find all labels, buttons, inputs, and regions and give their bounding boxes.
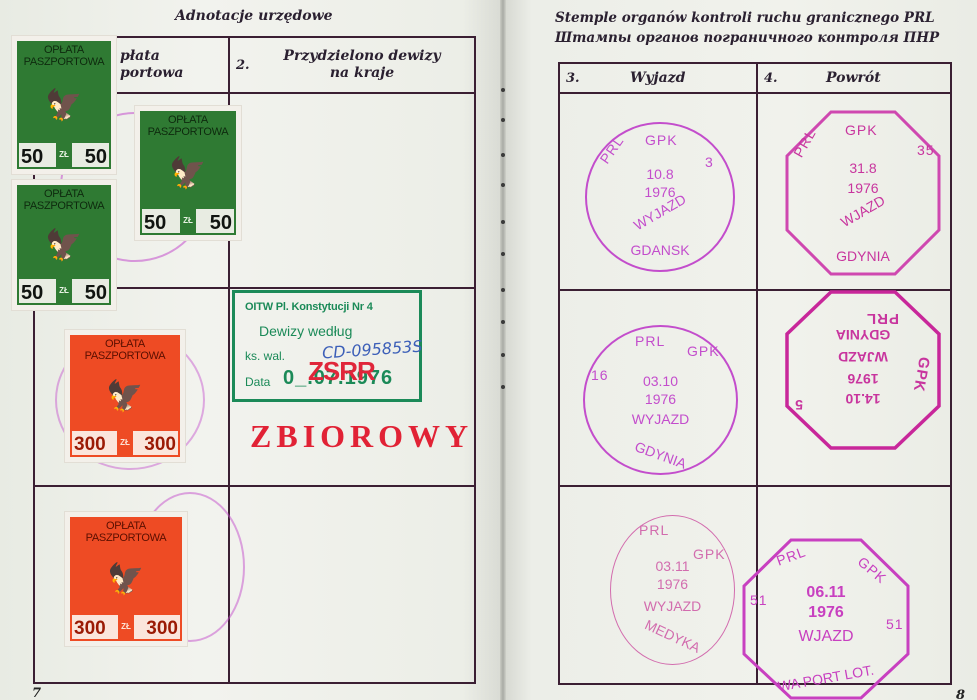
border-stamp-exit: PRL GPK 16 03.10 1976 WYJAZD GDYNIA bbox=[583, 325, 738, 475]
left-page-heading: Adnotacje urzędowe bbox=[175, 8, 333, 24]
stitch bbox=[501, 118, 505, 122]
fee-stamp-value: 50ZŁ50 bbox=[19, 279, 109, 303]
stamp-book-label: ks. wal. bbox=[245, 349, 285, 363]
stitch bbox=[501, 252, 505, 256]
eagle-icon: 🦅 bbox=[45, 230, 82, 262]
stitch bbox=[501, 353, 505, 357]
fee-stamp-50: OPŁATAPASZPORTOWA 🦅 50ZŁ50 bbox=[135, 106, 241, 240]
group-stamp: ZBIOROWY bbox=[250, 418, 473, 455]
column-4-label: Powrót bbox=[826, 70, 881, 87]
stamp-currency-line: Dewizy według bbox=[259, 323, 352, 339]
fee-stamp-value: 50ZŁ50 bbox=[142, 209, 234, 233]
fee-stamp-title: OPŁATAPASZPORTOWA bbox=[85, 338, 166, 362]
stitch bbox=[501, 88, 505, 92]
stitch bbox=[501, 288, 505, 292]
eagle-icon: 🦅 bbox=[45, 90, 82, 122]
book-spine bbox=[500, 0, 506, 700]
right-page-heading-pl: Stemple organów kontroli ruchu graniczne… bbox=[555, 10, 935, 26]
stitch bbox=[501, 220, 505, 224]
table-row-divider bbox=[33, 485, 476, 487]
eagle-icon: 🦅 bbox=[107, 564, 144, 596]
stamp-date-label: Data bbox=[245, 375, 270, 389]
right-page-heading-ru: Штампы органов пограничного контроля ПНР bbox=[555, 30, 939, 46]
column-2-number: 2. bbox=[236, 58, 250, 73]
column-3-number: 3. bbox=[566, 71, 580, 86]
border-stamp-exit: PRL GPK 10.8 1976 WYJAZD GDANSK 3 bbox=[585, 122, 735, 272]
stitch bbox=[501, 385, 505, 389]
column-4-number: 4. bbox=[764, 71, 778, 86]
stamp-office-line: OITW Pl. Konstytucji Nr 4 bbox=[245, 301, 373, 313]
table-row-divider bbox=[558, 485, 952, 487]
fee-stamp-300: OPŁATAPASZPORTOWA 🦅 300ZŁ300 bbox=[65, 512, 187, 646]
column-1-label: płata portowa bbox=[120, 48, 183, 82]
fee-stamp-title: OPŁATAPASZPORTOWA bbox=[24, 188, 105, 212]
stitch bbox=[501, 153, 505, 157]
fee-stamp-50: OPŁATAPASZPORTOWA 🦅 50ZŁ50 bbox=[12, 36, 116, 174]
table-header-divider bbox=[558, 92, 952, 94]
fee-stamp-title: OPŁATAPASZPORTOWA bbox=[24, 44, 105, 68]
fee-stamp-value: 300ZŁ300 bbox=[72, 431, 178, 455]
table-border-left bbox=[558, 62, 560, 685]
fee-stamp-title: OPŁATAPASZPORTOWA bbox=[148, 114, 229, 138]
country-overprint: ZSRR bbox=[308, 356, 375, 387]
fee-stamp-300: OPŁATAPASZPORTOWA 🦅 300ZŁ300 bbox=[65, 330, 185, 462]
fee-stamp-value: 300ZŁ300 bbox=[72, 615, 180, 639]
eagle-icon: 🦅 bbox=[169, 158, 206, 190]
eagle-icon: 🦅 bbox=[106, 381, 143, 413]
border-stamp-exit: PRL GPK 03.11 1976 WYJAZD MEDYKA bbox=[610, 515, 735, 665]
table-border-right bbox=[950, 62, 952, 685]
stitch bbox=[501, 320, 505, 324]
fee-stamp-value: 50ZŁ50 bbox=[19, 143, 109, 167]
table-border-bottom bbox=[33, 682, 476, 684]
fee-stamp-50: OPŁATAPASZPORTOWA 🦅 50ZŁ50 bbox=[12, 180, 116, 310]
border-stamp-entry-text: PRL GPK 14.10 1976 WJAZD GDYNIA 5 bbox=[783, 288, 943, 453]
stitch bbox=[501, 183, 505, 187]
table-border-top bbox=[558, 62, 952, 64]
column-2-label: Przydzielono dewizy na kraje bbox=[262, 48, 462, 82]
column-3-label: Wyjazd bbox=[630, 70, 685, 87]
border-stamp-entry-text: PRL GPK 51 51 06.11 1976 WJAZD WA PORT L… bbox=[736, 536, 916, 700]
table-border-right bbox=[474, 36, 476, 684]
fee-stamp-title: OPŁATAPASZPORTOWA bbox=[86, 520, 167, 544]
page-number-right: 8 bbox=[956, 688, 965, 700]
border-stamp-entry-text: GPK 35 PRL 31.8 1976 WJAZD GDYNIA bbox=[783, 108, 943, 278]
page-number-left: 7 bbox=[32, 686, 41, 700]
